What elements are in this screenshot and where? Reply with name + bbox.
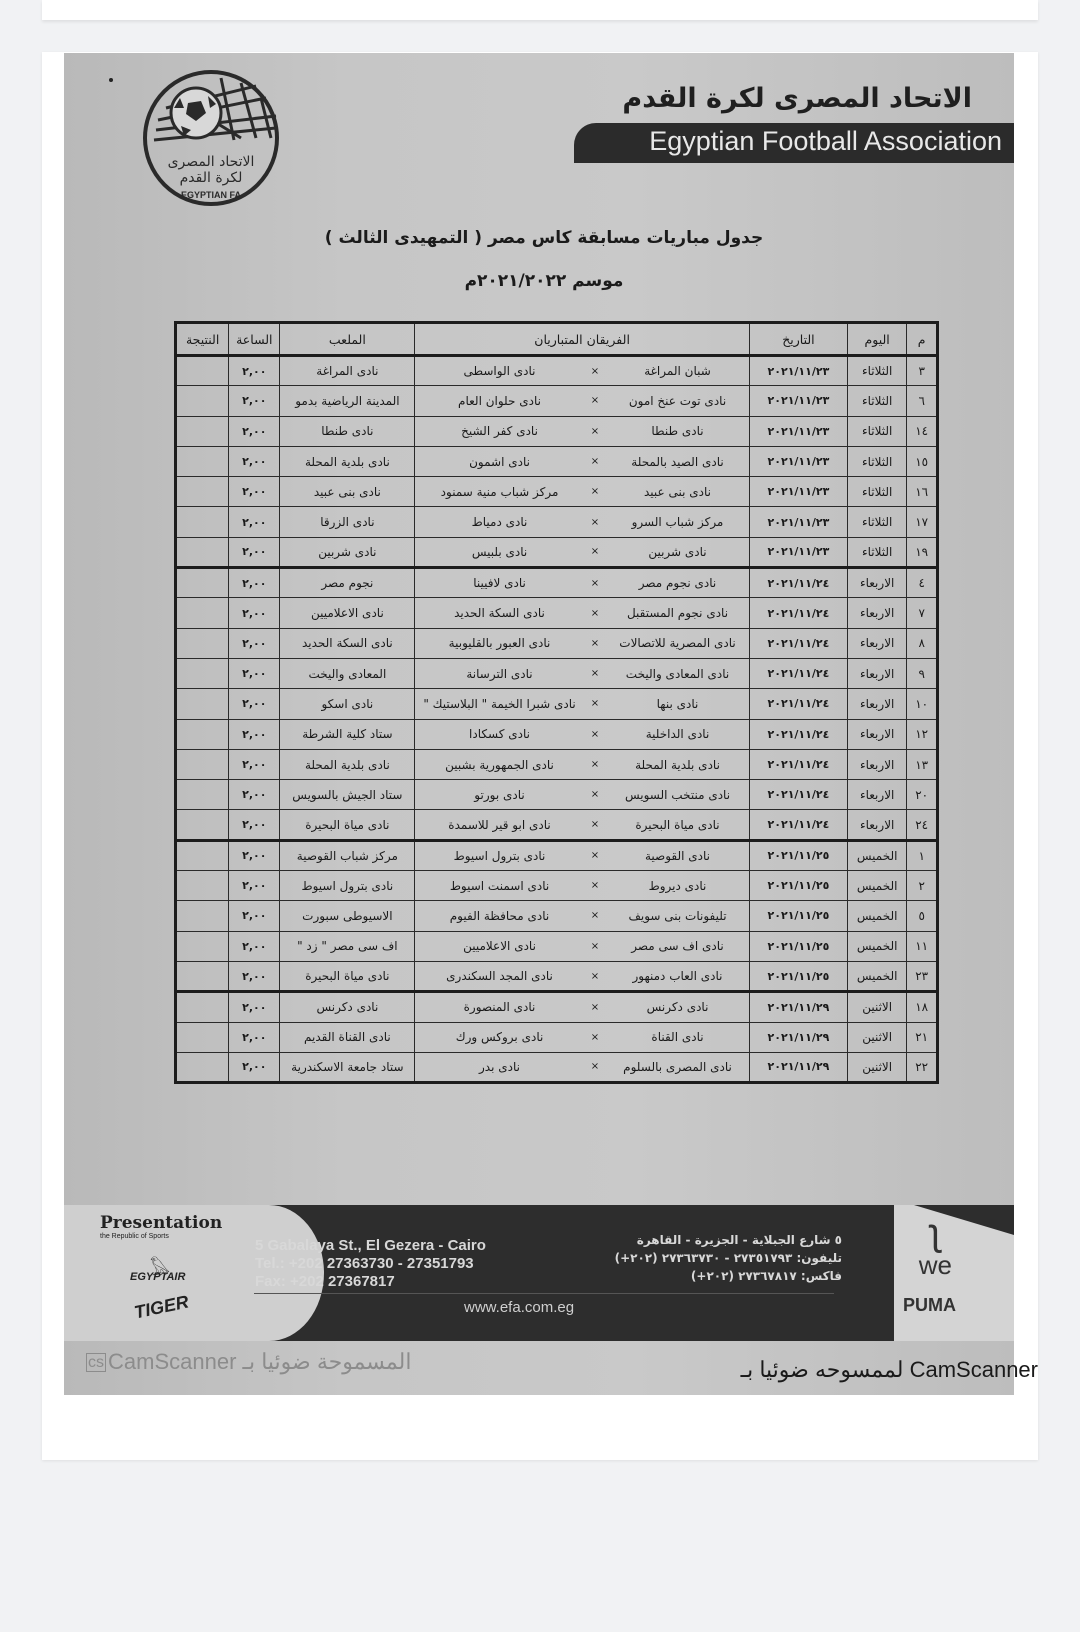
- kickoff-time: ٢,٠٠: [229, 568, 280, 598]
- address-arabic: ٥ شارع الجبلاية - الجزيرة - القاهرة تليف…: [615, 1231, 842, 1285]
- vs-symbol: ×: [584, 628, 607, 658]
- home-team: شبان المراغة: [606, 356, 749, 386]
- tiger-logo: TIGER: [132, 1292, 190, 1324]
- match-result: [176, 386, 229, 416]
- vs-symbol: ×: [584, 901, 607, 931]
- fax-line-ar: فاكس: ٢٧٣٦٧٨١٧ (٢٠٢+): [615, 1267, 842, 1285]
- home-team: نادى طنطا: [606, 416, 749, 446]
- scan-speck: [109, 78, 113, 82]
- stadium: نادى طنطا: [280, 416, 415, 446]
- away-team: نادى الواسطى: [415, 356, 584, 386]
- fixture-row: ٩الاربعاء٢٠٢١/١١/٢٤نادى المعادى واليخت×ن…: [176, 658, 938, 688]
- fixture-row: ١٨الاثنين٢٠٢١/١١/٢٩نادى دكرنس×نادى المنص…: [176, 992, 938, 1022]
- home-team: نادى توت عنخ امون: [606, 386, 749, 416]
- match-day: الثلاثاء: [848, 507, 907, 537]
- home-team: نادى بلدية المحلة: [606, 749, 749, 779]
- we-text: we: [919, 1253, 952, 1277]
- match-date: ٢٠٢١/١١/٢٣: [749, 416, 847, 446]
- match-number: ١٤: [907, 416, 938, 446]
- match-day: الاربعاء: [848, 689, 907, 719]
- kickoff-time: ٢,٠٠: [229, 992, 280, 1022]
- vs-symbol: ×: [584, 386, 607, 416]
- match-result: [176, 810, 229, 840]
- match-number: ١٨: [907, 992, 938, 1022]
- fixture-row: ٤الاربعاء٢٠٢١/١١/٢٤نادى نجوم مصر×نادى لا…: [176, 568, 938, 598]
- match-day: الاثنين: [848, 1022, 907, 1052]
- match-day: الثلاثاء: [848, 446, 907, 476]
- match-number: ٢٤: [907, 810, 938, 840]
- away-team: نادى بروكس ورك: [415, 1022, 584, 1052]
- vs-symbol: ×: [584, 1022, 607, 1052]
- vs-symbol: ×: [584, 598, 607, 628]
- fixture-row: ١٢الاربعاء٢٠٢١/١١/٢٤نادى الداخلية×نادى ك…: [176, 719, 938, 749]
- match-result: [176, 628, 229, 658]
- kickoff-time: ٢,٠٠: [229, 1052, 280, 1082]
- home-team: نادى شربين: [606, 537, 749, 567]
- fax-line: Fax: +202 27367817: [255, 1273, 486, 1291]
- away-team: نادى ابو قير للاسمدة: [415, 810, 584, 840]
- match-date: ٢٠٢١/١١/٢٥: [749, 931, 847, 961]
- match-day: الاربعاء: [848, 719, 907, 749]
- svg-text:EGYPTIAN FA: EGYPTIAN FA: [181, 190, 242, 200]
- away-team: نادى كسكادا: [415, 719, 584, 749]
- match-number: ٢٢: [907, 1052, 938, 1082]
- match-day: الاثنين: [848, 1052, 907, 1082]
- match-day: الاربعاء: [848, 780, 907, 810]
- home-team: نادى القناة: [606, 1022, 749, 1052]
- home-team: نادى دكرنس: [606, 992, 749, 1022]
- header-teams: الفريقان المتباريان: [415, 323, 749, 356]
- stadium: المدينة الرياضية بدمو: [280, 386, 415, 416]
- address-line-ar: ٥ شارع الجبلاية - الجزيرة - القاهرة: [615, 1231, 842, 1249]
- match-date: ٢٠٢١/١١/٢٣: [749, 386, 847, 416]
- match-day: الثلاثاء: [848, 386, 907, 416]
- match-result: [176, 992, 229, 1022]
- match-day: الاربعاء: [848, 810, 907, 840]
- header-stadium: الملعب: [280, 323, 415, 356]
- home-team: نادى اف سى مصر: [606, 931, 749, 961]
- kickoff-time: ٢,٠٠: [229, 931, 280, 961]
- match-result: [176, 749, 229, 779]
- stadium: نادى السكة الحديد: [280, 628, 415, 658]
- kickoff-time: ٢,٠٠: [229, 840, 280, 870]
- header-time: الساعة: [229, 323, 280, 356]
- camscanner-scan-text: CamScanner المسموحة ضوئيا بـ: [108, 1349, 411, 1374]
- match-number: ١٣: [907, 749, 938, 779]
- kickoff-time: ٢,٠٠: [229, 719, 280, 749]
- away-team: نادى الجمهورية بشبين: [415, 749, 584, 779]
- kickoff-time: ٢,٠٠: [229, 901, 280, 931]
- match-day: الاربعاء: [848, 749, 907, 779]
- stadium: نادى الاعلاميين: [280, 598, 415, 628]
- home-team: نادى نجوم مصر: [606, 568, 749, 598]
- presentation-sports-tagline: the Republic of Sports: [100, 1233, 169, 1240]
- match-result: [176, 871, 229, 901]
- kickoff-time: ٢,٠٠: [229, 477, 280, 507]
- svg-text:لكرة القدم: لكرة القدم: [180, 170, 243, 186]
- fixture-row: ٥الخميس٢٠٢١/١١/٢٥تليفونات بنى سويف×نادى …: [176, 901, 938, 931]
- home-team: نادى القوصية: [606, 840, 749, 870]
- vs-symbol: ×: [584, 477, 607, 507]
- away-team: نادى لافيينا: [415, 568, 584, 598]
- match-number: ٣: [907, 356, 938, 386]
- stadium: نادى المراغة: [280, 356, 415, 386]
- away-team: نادى دمياط: [415, 507, 584, 537]
- match-result: [176, 840, 229, 870]
- fixture-row: ١الخميس٢٠٢١/١١/٢٥نادى القوصية×نادى بترول…: [176, 840, 938, 870]
- kickoff-time: ٢,٠٠: [229, 810, 280, 840]
- match-number: ٢٣: [907, 961, 938, 991]
- away-team: نادى المنصورة: [415, 992, 584, 1022]
- kickoff-time: ٢,٠٠: [229, 386, 280, 416]
- match-number: ٩: [907, 658, 938, 688]
- match-result: [176, 780, 229, 810]
- away-team: نادى بورتو: [415, 780, 584, 810]
- efa-emblem-icon: الاتحاد المصرى لكرة القدم EGYPTIAN FA: [136, 68, 286, 208]
- camscanner-scan-watermark: csCamScanner المسموحة ضوئيا بـ: [86, 1349, 411, 1375]
- match-date: ٢٠٢١/١١/٢٤: [749, 689, 847, 719]
- match-number: ٢١: [907, 1022, 938, 1052]
- home-team: نادى المصرية للاتصالات: [606, 628, 749, 658]
- stadium: نجوم مصر: [280, 568, 415, 598]
- match-date: ٢٠٢١/١١/٢٥: [749, 871, 847, 901]
- home-team: نادى المصرى بالسلوم: [606, 1052, 749, 1082]
- match-date: ٢٠٢١/١١/٢٣: [749, 446, 847, 476]
- vs-symbol: ×: [584, 416, 607, 446]
- match-result: [176, 1052, 229, 1082]
- stadium: نادى مياة البحيرة: [280, 961, 415, 991]
- match-date: ٢٠٢١/١١/٢٤: [749, 719, 847, 749]
- fixture-row: ٣الثلاثاء٢٠٢١/١١/٢٣شبان المراغة×نادى الو…: [176, 356, 938, 386]
- vs-symbol: ×: [584, 446, 607, 476]
- match-number: ٦: [907, 386, 938, 416]
- fixture-row: ١٤الثلاثاء٢٠٢١/١١/٢٣نادى طنطا×نادى كفر ا…: [176, 416, 938, 446]
- home-team: نادى المعادى واليخت: [606, 658, 749, 688]
- match-day: الاربعاء: [848, 628, 907, 658]
- match-day: الثلاثاء: [848, 477, 907, 507]
- match-number: ١: [907, 840, 938, 870]
- fixture-row: ١٩الثلاثاء٢٠٢١/١١/٢٣نادى شربين×نادى بلبي…: [176, 537, 938, 567]
- match-date: ٢٠٢١/١١/٢٩: [749, 1052, 847, 1082]
- away-team: نادى بترول اسيوط: [415, 840, 584, 870]
- match-number: ١٩: [907, 537, 938, 567]
- vs-symbol: ×: [584, 689, 607, 719]
- stadium: اف سى مصر " زد ": [280, 931, 415, 961]
- camscanner-page-watermark: لممسوحه ضوئيا بـ CamScanner: [741, 1357, 1038, 1383]
- vs-symbol: ×: [584, 961, 607, 991]
- stadium: نادى بلدية المحلة: [280, 749, 415, 779]
- fixture-row: ٢٠الاربعاء٢٠٢١/١١/٢٤نادى منتخب السويس×نا…: [176, 780, 938, 810]
- stadium: نادى بلدية المحلة: [280, 446, 415, 476]
- previous-page-card: [42, 0, 1038, 20]
- away-team: نادى السكة الحديد: [415, 598, 584, 628]
- home-team: نادى منتخب السويس: [606, 780, 749, 810]
- table-header-row: م اليوم التاريخ الفريقان المتباريان المل…: [176, 323, 938, 356]
- match-result: [176, 719, 229, 749]
- kickoff-time: ٢,٠٠: [229, 780, 280, 810]
- we-wave-icon: ʅ: [919, 1213, 952, 1253]
- match-result: [176, 598, 229, 628]
- vs-symbol: ×: [584, 810, 607, 840]
- kickoff-time: ٢,٠٠: [229, 416, 280, 446]
- stadium: نادى القناة القديم: [280, 1022, 415, 1052]
- vs-symbol: ×: [584, 1052, 607, 1082]
- away-team: نادى الاعلاميين: [415, 931, 584, 961]
- footer-divider: [254, 1293, 834, 1294]
- match-number: ١١: [907, 931, 938, 961]
- match-date: ٢٠٢١/١١/٢٥: [749, 840, 847, 870]
- match-date: ٢٠٢١/١١/٢٣: [749, 507, 847, 537]
- match-result: [176, 507, 229, 537]
- match-result: [176, 961, 229, 991]
- vs-symbol: ×: [584, 992, 607, 1022]
- home-team: نادى الداخلية: [606, 719, 749, 749]
- stadium: نادى شربين: [280, 537, 415, 567]
- fixture-row: ٦الثلاثاء٢٠٢١/١١/٢٣نادى توت عنخ امون×ناد…: [176, 386, 938, 416]
- vs-symbol: ×: [584, 537, 607, 567]
- header-date: التاريخ: [749, 323, 847, 356]
- address-english: 5 Gabalaya St., El Gezera - Cairo Tel.: …: [255, 1237, 486, 1291]
- match-number: ١٢: [907, 719, 938, 749]
- away-team: نادى الترسانة: [415, 658, 584, 688]
- vs-symbol: ×: [584, 356, 607, 386]
- home-team: نادى العاب دمنهور: [606, 961, 749, 991]
- kickoff-time: ٢,٠٠: [229, 961, 280, 991]
- fixture-row: ٢الخميس٢٠٢١/١١/٢٥نادى ديروط×نادى اسمنت ا…: [176, 871, 938, 901]
- fixture-row: ١٥الثلاثاء٢٠٢١/١١/٢٣نادى الصيد بالمحلة×ن…: [176, 446, 938, 476]
- header-num: م: [907, 323, 938, 356]
- stadium: نادى اسكو: [280, 689, 415, 719]
- fixture-row: ١٠الاربعاء٢٠٢١/١١/٢٤نادى بنها×نادى شبرا …: [176, 689, 938, 719]
- match-day: الثلاثاء: [848, 356, 907, 386]
- vs-symbol: ×: [584, 568, 607, 598]
- match-result: [176, 658, 229, 688]
- vs-symbol: ×: [584, 507, 607, 537]
- home-team: نادى الصيد بالمحلة: [606, 446, 749, 476]
- match-number: ٨: [907, 628, 938, 658]
- kickoff-time: ٢,٠٠: [229, 356, 280, 386]
- fixture-row: ٢١الاثنين٢٠٢١/١١/٢٩نادى القناة×نادى بروك…: [176, 1022, 938, 1052]
- home-team: تليفونات بنى سويف: [606, 901, 749, 931]
- fixture-row: ٢٢الاثنين٢٠٢١/١١/٢٩نادى المصرى بالسلوم×ن…: [176, 1052, 938, 1082]
- sponsor-panel-right: ʅ we PUMA: [894, 1205, 1014, 1341]
- stadium: ستاد كلية الشرطة: [280, 719, 415, 749]
- kickoff-time: ٢,٠٠: [229, 689, 280, 719]
- match-number: ٥: [907, 901, 938, 931]
- match-day: الخميس: [848, 840, 907, 870]
- match-result: [176, 356, 229, 386]
- document-title: جدول مباريات مسابقة كاس مصر ( التمهيدى ا…: [314, 228, 774, 248]
- presentation-sports-logo: Presentation: [100, 1213, 222, 1233]
- egyptair-logo: EGYPTAIR: [130, 1271, 185, 1283]
- match-number: ٢: [907, 871, 938, 901]
- phone-line-ar: تليفون: ٢٧٣٥١٧٩٣ - ٢٧٣٦٣٧٣٠ (٢٠٢+): [615, 1249, 842, 1267]
- match-date: ٢٠٢١/١١/٢٣: [749, 537, 847, 567]
- vs-symbol: ×: [584, 749, 607, 779]
- match-date: ٢٠٢١/١١/٢٩: [749, 1022, 847, 1052]
- stadium: مركز شباب القوصية: [280, 840, 415, 870]
- away-team: نادى محافظة الفيوم: [415, 901, 584, 931]
- fixture-row: ٨الاربعاء٢٠٢١/١١/٢٤نادى المصرية للاتصالا…: [176, 628, 938, 658]
- svg-text:الاتحاد المصرى: الاتحاد المصرى: [168, 154, 255, 170]
- home-team: نادى نجوم المستقبل: [606, 598, 749, 628]
- fixture-row: ٧الاربعاء٢٠٢١/١١/٢٤نادى نجوم المستقبل×نا…: [176, 598, 938, 628]
- match-result: [176, 416, 229, 446]
- match-result: [176, 477, 229, 507]
- kickoff-time: ٢,٠٠: [229, 1022, 280, 1052]
- match-day: الاربعاء: [848, 598, 907, 628]
- match-result: [176, 537, 229, 567]
- away-team: نادى كفر الشيخ: [415, 416, 584, 446]
- match-day: الخميس: [848, 931, 907, 961]
- match-date: ٢٠٢١/١١/٢٤: [749, 568, 847, 598]
- fixture-row: ١٣الاربعاء٢٠٢١/١١/٢٤نادى بلدية المحلة×نا…: [176, 749, 938, 779]
- match-result: [176, 568, 229, 598]
- match-result: [176, 901, 229, 931]
- scanned-page-card: الاتحاد المصرى لكرة القدم EGYPTIAN FA ال…: [42, 52, 1038, 1460]
- stadium: نادى بنى عبيد: [280, 477, 415, 507]
- vs-symbol: ×: [584, 871, 607, 901]
- fixture-row: ١٦الثلاثاء٢٠٢١/١١/٢٣نادى بنى عبيد×مركز ش…: [176, 477, 938, 507]
- match-result: [176, 1022, 229, 1052]
- vs-symbol: ×: [584, 931, 607, 961]
- fixtures-body: ٣الثلاثاء٢٠٢١/١١/٢٣شبان المراغة×نادى الو…: [176, 356, 938, 1083]
- season-label: موسم ٢٠٢١/٢٠٢٢م: [394, 271, 694, 291]
- away-team: نادى حلوان العام: [415, 386, 584, 416]
- match-day: الاربعاء: [848, 568, 907, 598]
- match-day: الخميس: [848, 871, 907, 901]
- stadium: نادى بترول اسيوط: [280, 871, 415, 901]
- match-date: ٢٠٢١/١١/٢٥: [749, 901, 847, 931]
- fixture-row: ٢٤الاربعاء٢٠٢١/١١/٢٤نادى مياة البحيرة×نا…: [176, 810, 938, 840]
- kickoff-time: ٢,٠٠: [229, 446, 280, 476]
- away-team: نادى اسمنت اسيوط: [415, 871, 584, 901]
- stadium: المعادى واليخت: [280, 658, 415, 688]
- kickoff-time: ٢,٠٠: [229, 507, 280, 537]
- match-date: ٢٠٢١/١١/٢٤: [749, 658, 847, 688]
- match-number: ٤: [907, 568, 938, 598]
- match-day: الخميس: [848, 961, 907, 991]
- away-team: نادى بدر: [415, 1052, 584, 1082]
- away-team: نادى المجد السكندرى: [415, 961, 584, 991]
- scanned-document: الاتحاد المصرى لكرة القدم EGYPTIAN FA ال…: [64, 53, 1014, 1395]
- fixture-row: ١٧الثلاثاء٢٠٢١/١١/٢٣مركز شباب السرو×نادى…: [176, 507, 938, 537]
- vs-symbol: ×: [584, 719, 607, 749]
- away-team: مركز شباب منية سمنود: [415, 477, 584, 507]
- efa-english-band: Egyptian Football Association: [574, 123, 1014, 163]
- match-day: الثلاثاء: [848, 537, 907, 567]
- vs-symbol: ×: [584, 658, 607, 688]
- fixtures-table-wrapper: م اليوم التاريخ الفريقان المتباريان المل…: [174, 321, 939, 1084]
- away-team: نادى شبرا الخيمة " البلاستيك ": [415, 689, 584, 719]
- footer-band: Presentation the Republic of Sports 𓅃 EG…: [64, 1205, 1014, 1341]
- stadium: نادى دكرنس: [280, 992, 415, 1022]
- kickoff-time: ٢,٠٠: [229, 749, 280, 779]
- kickoff-time: ٢,٠٠: [229, 658, 280, 688]
- match-number: ١٦: [907, 477, 938, 507]
- match-number: ١٥: [907, 446, 938, 476]
- header-day: اليوم: [848, 323, 907, 356]
- camscanner-icon: cs: [86, 1353, 106, 1372]
- kickoff-time: ٢,٠٠: [229, 628, 280, 658]
- home-team: مركز شباب السرو: [606, 507, 749, 537]
- phone-line: Tel.: +202 27363730 - 27351793: [255, 1255, 486, 1273]
- efa-english-name: Egyptian Football Association: [649, 126, 1002, 157]
- efa-arabic-name: الاتحاد المصرى لكرة القدم: [622, 83, 972, 114]
- stadium: ستاد الجيش بالسويس: [280, 780, 415, 810]
- home-team: نادى مياة البحيرة: [606, 810, 749, 840]
- match-date: ٢٠٢١/١١/٢٤: [749, 810, 847, 840]
- match-date: ٢٠٢١/١١/٢٥: [749, 961, 847, 991]
- fixtures-table: م اليوم التاريخ الفريقان المتباريان المل…: [174, 321, 939, 1084]
- kickoff-time: ٢,٠٠: [229, 871, 280, 901]
- vs-symbol: ×: [584, 780, 607, 810]
- home-team: نادى بنها: [606, 689, 749, 719]
- away-team: نادى العبور بالقليوبية: [415, 628, 584, 658]
- match-date: ٢٠٢١/١١/٢٤: [749, 598, 847, 628]
- match-date: ٢٠٢١/١١/٢٤: [749, 628, 847, 658]
- address-line: 5 Gabalaya St., El Gezera - Cairo: [255, 1237, 486, 1255]
- match-result: [176, 931, 229, 961]
- vs-symbol: ×: [584, 840, 607, 870]
- kickoff-time: ٢,٠٠: [229, 537, 280, 567]
- home-team: نادى بنى عبيد: [606, 477, 749, 507]
- kickoff-time: ٢,٠٠: [229, 598, 280, 628]
- header-result: النتيجة: [176, 323, 229, 356]
- match-number: ٧: [907, 598, 938, 628]
- match-number: ١٧: [907, 507, 938, 537]
- website-link[interactable]: www.efa.com.eg: [464, 1299, 574, 1316]
- stadium: الاسيوطى سبورت: [280, 901, 415, 931]
- we-logo: ʅ we: [919, 1213, 952, 1277]
- puma-logo: PUMA: [903, 1295, 956, 1316]
- match-date: ٢٠٢١/١١/٢٣: [749, 356, 847, 386]
- stadium: ستاد جامعة الاسكندرية: [280, 1052, 415, 1082]
- match-day: الاربعاء: [848, 658, 907, 688]
- match-day: الاثنين: [848, 992, 907, 1022]
- match-date: ٢٠٢١/١١/٢٤: [749, 780, 847, 810]
- home-team: نادى ديروط: [606, 871, 749, 901]
- match-date: ٢٠٢١/١١/٢٤: [749, 749, 847, 779]
- match-date: ٢٠٢١/١١/٢٩: [749, 992, 847, 1022]
- away-team: نادى اشمون: [415, 446, 584, 476]
- match-day: الخميس: [848, 901, 907, 931]
- match-number: ٢٠: [907, 780, 938, 810]
- fixture-row: ٢٣الخميس٢٠٢١/١١/٢٥نادى العاب دمنهور×نادى…: [176, 961, 938, 991]
- match-day: الثلاثاء: [848, 416, 907, 446]
- stadium: نادى الزرقا: [280, 507, 415, 537]
- match-result: [176, 689, 229, 719]
- match-date: ٢٠٢١/١١/٢٣: [749, 477, 847, 507]
- stadium: نادى مياة البحيرة: [280, 810, 415, 840]
- match-result: [176, 446, 229, 476]
- away-team: نادى بلبيس: [415, 537, 584, 567]
- fixture-row: ١١الخميس٢٠٢١/١١/٢٥نادى اف سى مصر×نادى ال…: [176, 931, 938, 961]
- match-number: ١٠: [907, 689, 938, 719]
- efa-logo: الاتحاد المصرى لكرة القدم EGYPTIAN FA: [136, 68, 286, 208]
